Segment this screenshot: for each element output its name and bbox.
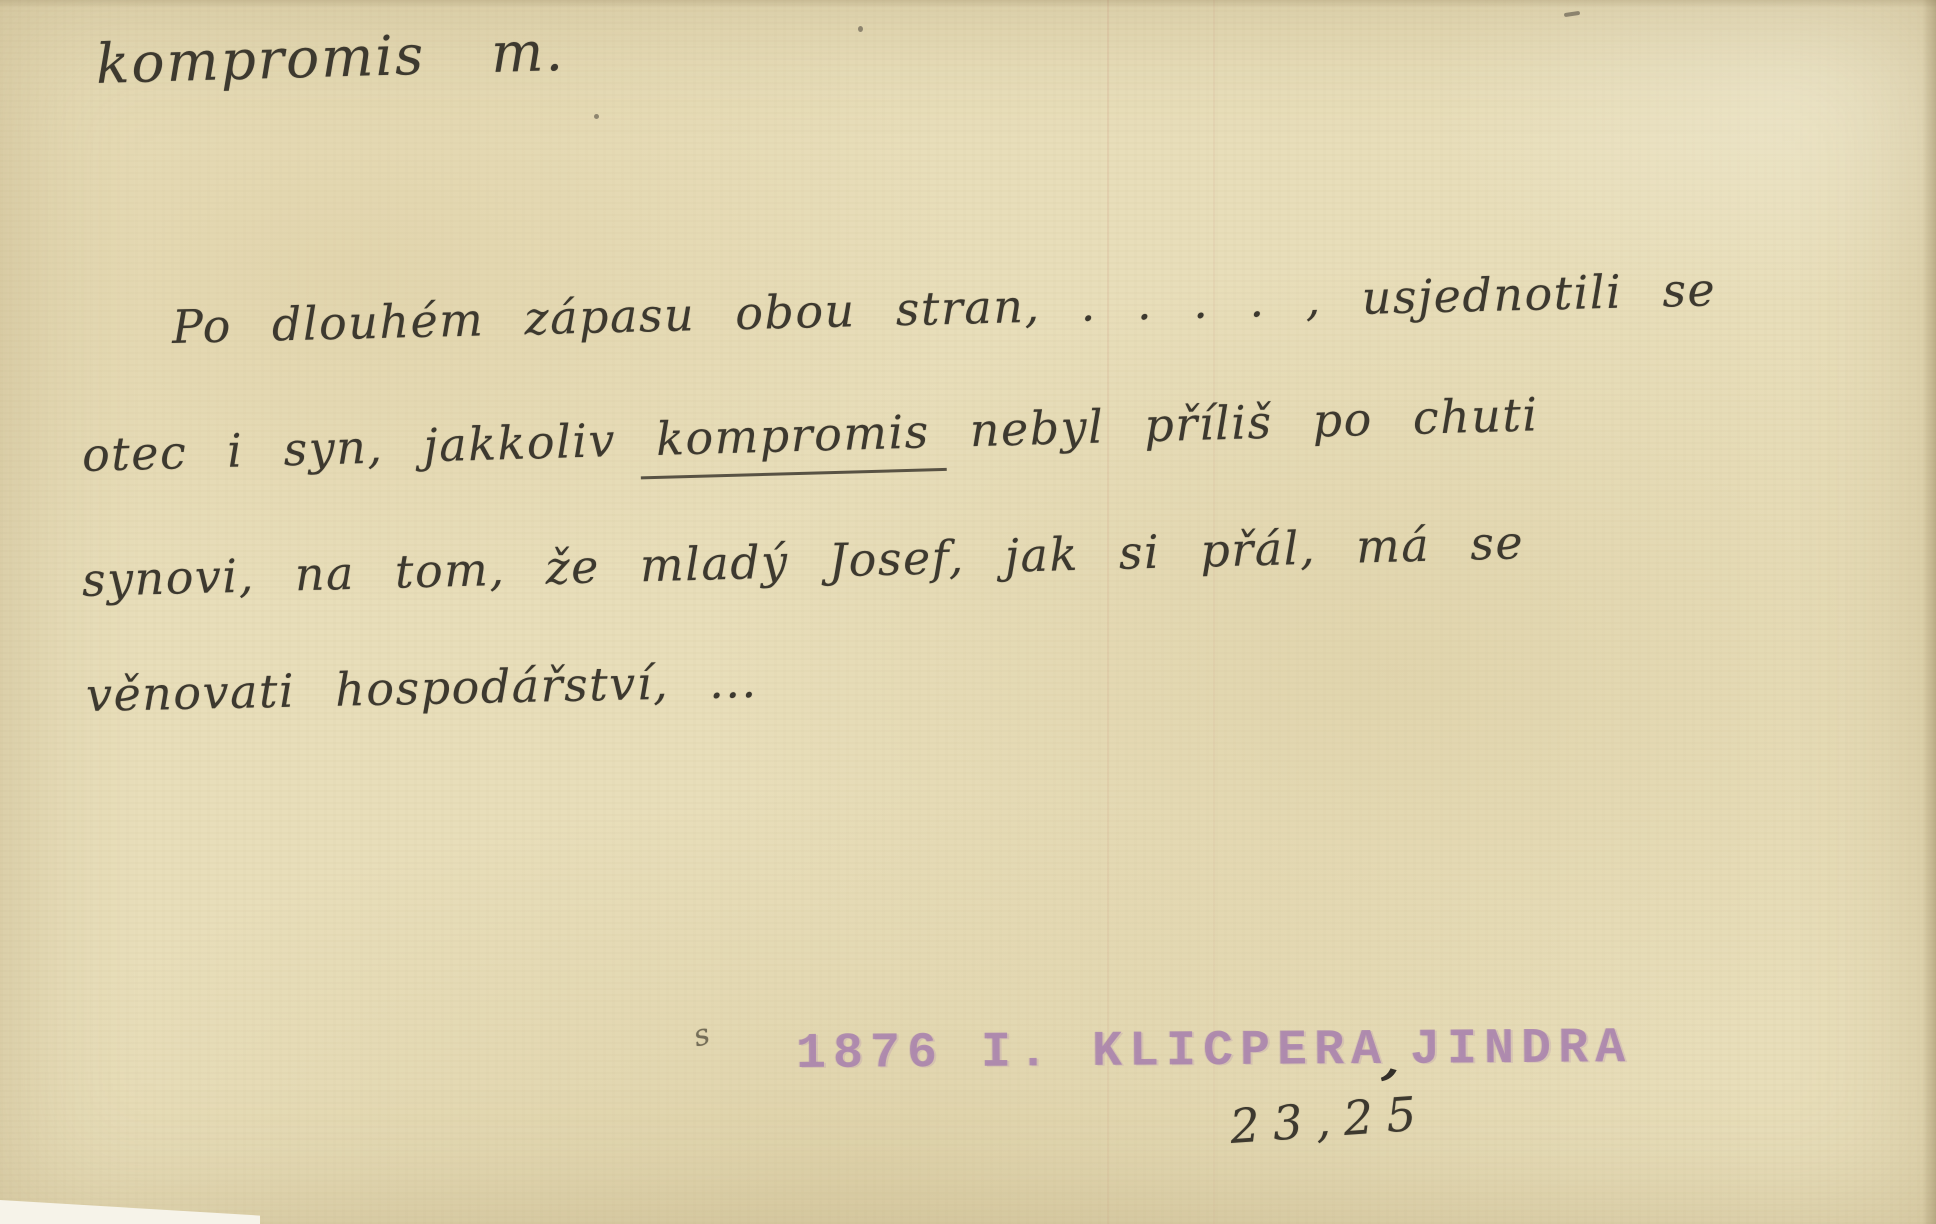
paper-right-shadow bbox=[1922, 0, 1936, 1224]
headword-line: kompromis m. bbox=[95, 19, 565, 96]
date-source-stamp: 1876 I. KLICPERA,JINDRA bbox=[796, 1018, 1633, 1083]
stamp-year-and-name: 1876 I. KLICPERA bbox=[796, 1022, 1388, 1083]
paper-speck bbox=[858, 26, 863, 32]
handwritten-page-number: 23,25 bbox=[1228, 1086, 1431, 1155]
excerpt-card: kompromis m. Po dlouhém zápasu obou stra… bbox=[0, 0, 1936, 1224]
paper-speck bbox=[594, 114, 599, 119]
excerpt-line-2-pre: otec i syn, jakkoliv bbox=[81, 412, 657, 482]
headword: kompromis bbox=[95, 23, 426, 96]
gender-abbreviation: m. bbox=[490, 19, 565, 85]
margin-squiggle-mark: s bbox=[690, 1017, 713, 1055]
excerpt-line-2: otec i syn, jakkoliv kompromis nebyl pří… bbox=[81, 387, 1539, 482]
paper-speck bbox=[1564, 11, 1580, 17]
paper-corner-edge bbox=[0, 1194, 260, 1224]
underlined-keyword: kompromis bbox=[639, 404, 947, 480]
paper-top-shadow bbox=[0, 0, 1936, 8]
excerpt-line-4: věnovati hospodářství, ... bbox=[85, 654, 758, 722]
stamp-surname: JINDRA bbox=[1410, 1020, 1632, 1079]
excerpt-line-1: Po dlouhém zápasu obou stran, . . . . , … bbox=[171, 262, 1716, 354]
excerpt-line-3: synovi, na tom, že mladý Josef, jak si p… bbox=[81, 515, 1524, 607]
excerpt-line-2-post: nebyl příliš po chuti bbox=[929, 387, 1539, 458]
